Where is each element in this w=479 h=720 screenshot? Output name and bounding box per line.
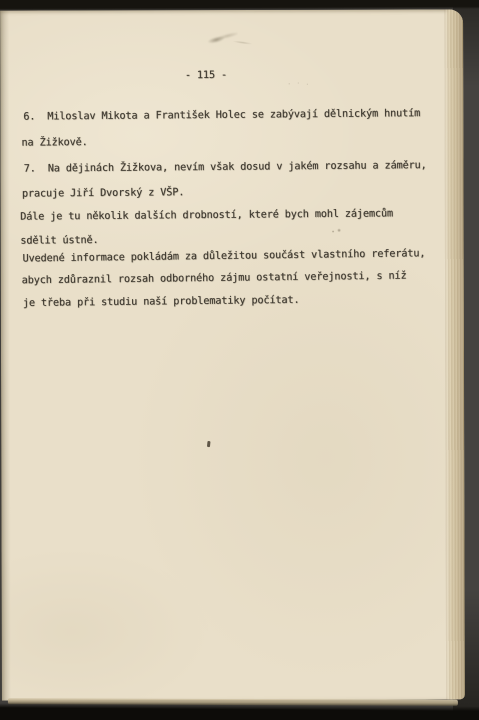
typed-line: je třeba při studiu naší problematiky po… — [23, 295, 300, 309]
typed-line: Uvedené informace pokládám za důležitou … — [22, 248, 425, 264]
page: - 115 - 6. Miloslav Mikota a František H… — [0, 9, 465, 700]
typed-line: 7. Na dějinách Žižkova, nevím však dosud… — [24, 160, 427, 175]
typed-line: sdělit ústně. — [20, 235, 98, 247]
typed-line: pracuje Jiří Dvorský z VŠP. — [22, 187, 184, 199]
typed-line: 6. Miloslav Mikota a František Holec se … — [23, 108, 420, 122]
typed-line: na Žižkově. — [21, 137, 87, 149]
page-number: - 115 - — [185, 70, 227, 81]
typed-text: - 115 - 6. Miloslav Mikota a František H… — [0, 7, 468, 701]
typed-line: abych zdůraznil rozsah odborného zájmu o… — [22, 271, 407, 287]
photo-bottom-border — [0, 703, 479, 720]
typed-line: Dále je tu několik dalších drobností, kt… — [20, 208, 393, 222]
scanned-book-photo: - 115 - 6. Miloslav Mikota a František H… — [0, 0, 479, 720]
